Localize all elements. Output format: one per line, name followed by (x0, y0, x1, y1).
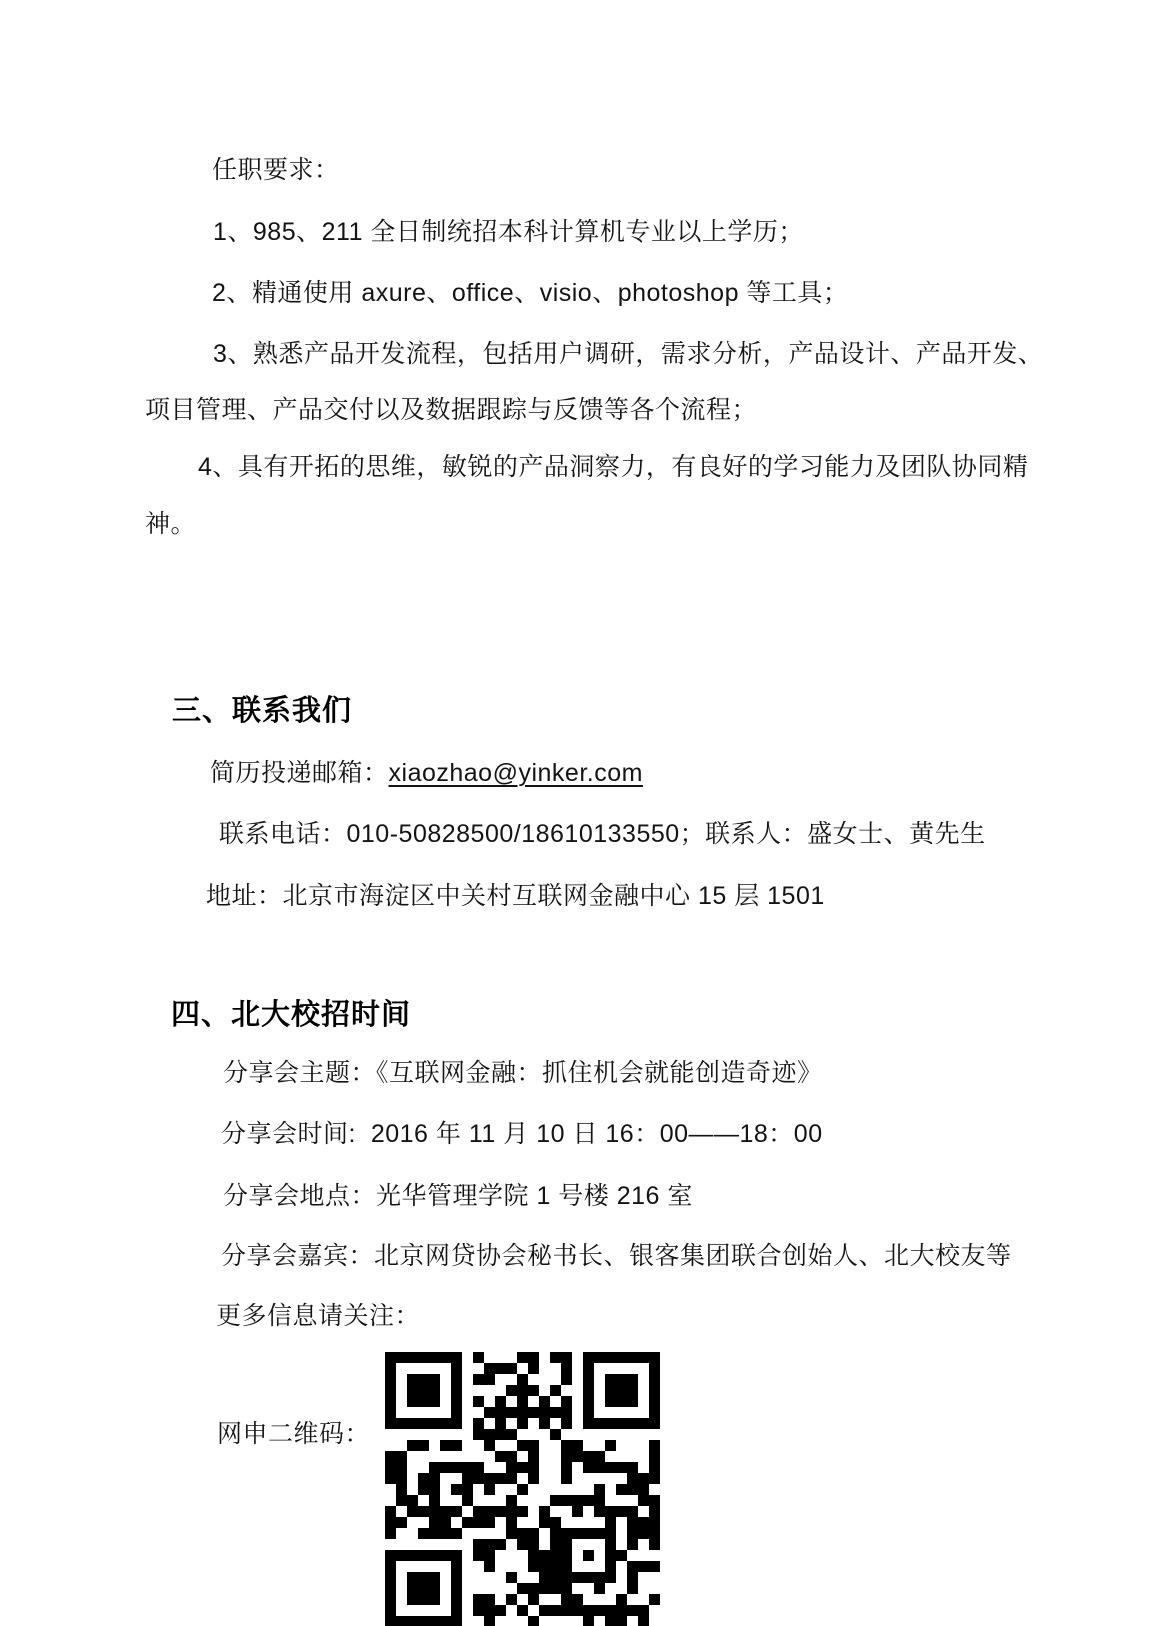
requirement-item-2: 2、精通使用 axure、office、visio、photoshop 等工具； (212, 278, 848, 308)
address-line: 地址：北京市海淀区中关村互联网金融中心 15 层 1501 (206, 881, 825, 911)
email-link[interactable]: xiaozhao@yinker.com (389, 759, 643, 787)
requirement-item-4-continuation: 神。 (145, 509, 196, 539)
requirements-title: 任职要求： (212, 155, 340, 185)
email-label: 简历投递邮箱： (210, 759, 389, 787)
requirement-item-4: 4、具有开拓的思维，敏锐的产品洞察力，有良好的学习能力及团队协同精 (198, 452, 1028, 482)
session-topic-line: 分享会主题：《互联网金融：抓住机会就能创造奇迹》 (223, 1058, 823, 1088)
requirement-item-3-continuation: 项目管理、产品交付以及数据跟踪与反馈等各个流程； (145, 395, 757, 425)
qr-caption: 网申二维码： (217, 1419, 370, 1449)
session-guests-line: 分享会嘉宾：北京网贷协会秘书长、银客集团联合创始人、北大校友等 (221, 1241, 1012, 1271)
session-time-line: 分享会时间: 2016 年 11 月 10 日 16：00——18：00 (221, 1119, 823, 1149)
requirement-item-1: 1、985、211 全日制统招本科计算机专业以上学历； (213, 217, 804, 247)
session-location-line: 分享会地点：光华管理学院 1 号楼 216 室 (223, 1181, 693, 1211)
section-heading-schedule: 四、北大校招时间 (171, 998, 411, 1032)
email-line: 简历投递邮箱：xiaozhao@yinker.com (210, 758, 643, 788)
phone-line: 联系电话：010-50828500/18610133550；联系人：盛女士、黄先… (219, 819, 986, 849)
qr-code-image (385, 1352, 660, 1626)
document-page: 任职要求： 1、985、211 全日制统招本科计算机专业以上学历； 2、精通使用… (0, 0, 1150, 1626)
requirement-item-3: 3、熟悉产品开发流程，包括用户调研，需求分析，产品设计、产品开发、 (213, 339, 1043, 369)
section-heading-contact: 三、联系我们 (172, 694, 352, 728)
more-info-line: 更多信息请关注： (216, 1301, 420, 1331)
